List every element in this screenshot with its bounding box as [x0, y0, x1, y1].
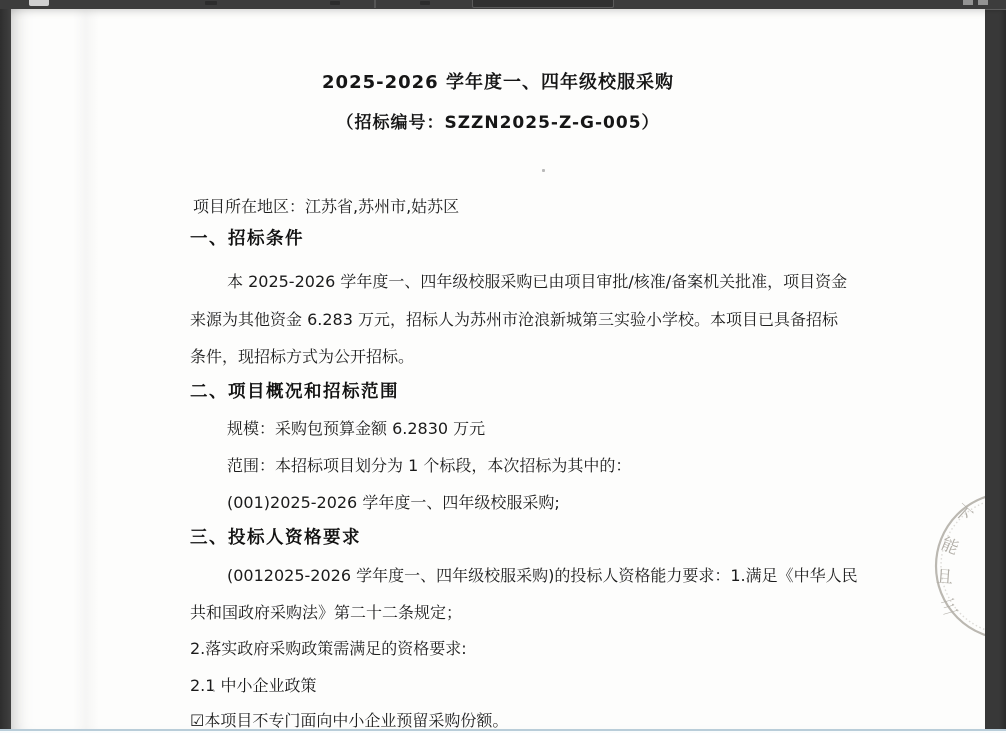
tool-icon[interactable]	[205, 1, 217, 5]
scan-artifact-dot	[213, 690, 215, 692]
section-3-line: 共和国政府采购法》第二十二条规定；	[190, 603, 462, 622]
seal-character: 且	[935, 567, 953, 588]
section-3-line: (0012025-2026 学年度一、四年级校服采购)的投标人资格能力要求：1.…	[227, 566, 858, 585]
window-controls-icon[interactable]	[963, 0, 973, 5]
section-1-heading: 一、招标条件	[190, 229, 304, 250]
section-1-line: 本 2025-2026 学年度一、四年级校服采购已由项目审批/核准/备案机关批准…	[227, 272, 847, 291]
right-panel-edge	[985, 9, 1006, 733]
section-1-line: 条件，现招标方式为公开招标。	[190, 347, 414, 366]
section-3-line: 2.落实政府采购政策需满足的资格要求:	[190, 639, 467, 658]
round-seal-stamp: 下 能 且 三	[920, 480, 985, 652]
section-3-line-checkbox: ☑本项目不专门面向中小企业预留采购份额。	[190, 711, 508, 730]
tool-icon[interactable]	[330, 1, 340, 5]
section-1-line: 来源为其他资金 6.283 万元，招标人为苏州市沧浪新城第三实验小学校。本项目已…	[190, 310, 838, 329]
doc-subtitle: （招标编号：SZZN2025-Z-G-005）	[11, 113, 985, 133]
doc-line-location: 项目所在地区：江苏省,苏州市,姑苏区	[193, 197, 459, 216]
pdf-viewer-window: 2025-2026 学年度一、四年级校服采购 （招标编号：SZZN2025-Z-…	[0, 0, 1006, 733]
section-2-heading: 二、项目概况和招标范围	[190, 382, 399, 403]
doc-title: 2025-2026 学年度一、四年级校服采购	[11, 72, 985, 94]
document-page: 2025-2026 学年度一、四年级校服采购 （招标编号：SZZN2025-Z-…	[11, 9, 985, 733]
section-2-line: 范围：本招标项目划分为 1 个标段，本次招标为其中的：	[227, 456, 631, 475]
window-controls-icon[interactable]	[978, 0, 988, 5]
scan-artifact-dot	[542, 169, 545, 172]
page-search-input[interactable]	[472, 0, 614, 8]
section-2-line: (001)2025-2026 学年度一、四年级校服采购;	[227, 493, 560, 512]
viewer-toolbar	[0, 0, 1006, 9]
sidebar-toggle-icon[interactable]	[29, 0, 49, 6]
section-3-heading: 三、投标人资格要求	[190, 528, 361, 549]
section-3-line: 2.1 中小企业政策	[190, 676, 317, 695]
toolbar-divider	[374, 0, 376, 8]
section-2-line: 规模：采购包预算金额 6.2830 万元	[227, 419, 485, 438]
tool-icon[interactable]	[420, 1, 430, 5]
seal-character: 下	[950, 501, 976, 527]
left-panel-edge	[0, 9, 11, 733]
